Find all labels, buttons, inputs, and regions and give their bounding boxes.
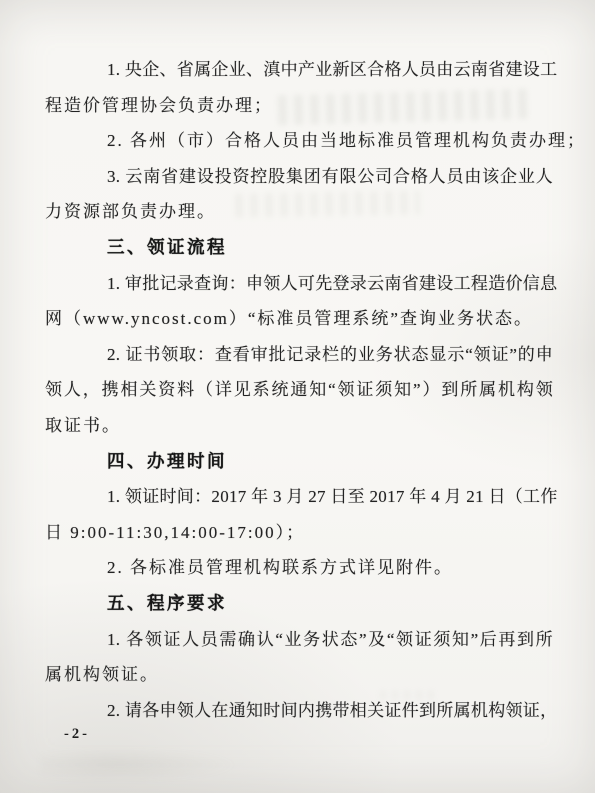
body-line: 2. 各州（市）合格人员由当地标准员管理机构负责办理；: [45, 123, 553, 159]
page-number: -2-: [64, 726, 90, 743]
body-line: 领人，携相关资料（详见系统通知“领证须知”）到所属机构领: [45, 372, 553, 408]
body-line: 2. 请各申领人在通知时间内携带相关证件到所属机构领证，: [45, 693, 553, 729]
body-line: 力资源部负责办理。: [45, 194, 553, 230]
body-line: 取证书。: [45, 408, 553, 444]
body-line: 1. 审批记录查询：申领人可先登录云南省建设工程造价信息: [45, 266, 553, 302]
body-line: 属机构领证。: [45, 657, 553, 693]
section-heading: 四、办理时间: [45, 444, 553, 480]
body-line: 日 9:00-11:30,14:00-17:00）；: [45, 515, 553, 551]
body-line: 2. 各标准员管理机构联系方式详见附件。: [45, 550, 553, 586]
body-line: 1. 领证时间：2017 年 3 月 27 日至 2017 年 4 月 21 日…: [45, 479, 553, 515]
body-line: 1. 央企、省属企业、滇中产业新区合格人员由云南省建设工: [45, 52, 553, 88]
body-line: 1. 各领证人员需确认“业务状态”及“领证须知”后再到所: [45, 622, 553, 658]
section-heading: 五、程序要求: [45, 586, 553, 622]
body-line: 网（www.yncost.com）“标准员管理系统”查询业务状态。: [45, 301, 553, 337]
body-line: 3. 云南省建设投资控股集团有限公司合格人员由该企业人: [45, 159, 553, 195]
body-line: 程造价管理协会负责办理；: [45, 88, 553, 124]
body-line: 2. 证书领取：查看审批记录栏的业务状态显示“领证”的申: [45, 337, 553, 373]
page-content: 1. 央企、省属企业、滇中产业新区合格人员由云南省建设工 程造价管理协会负责办理…: [45, 52, 553, 728]
section-heading: 三、领证流程: [45, 230, 553, 266]
document-page: 1. 央企、省属企业、滇中产业新区合格人员由云南省建设工 程造价管理协会负责办理…: [0, 0, 595, 793]
scan-shadow-smudge: [40, 748, 240, 782]
